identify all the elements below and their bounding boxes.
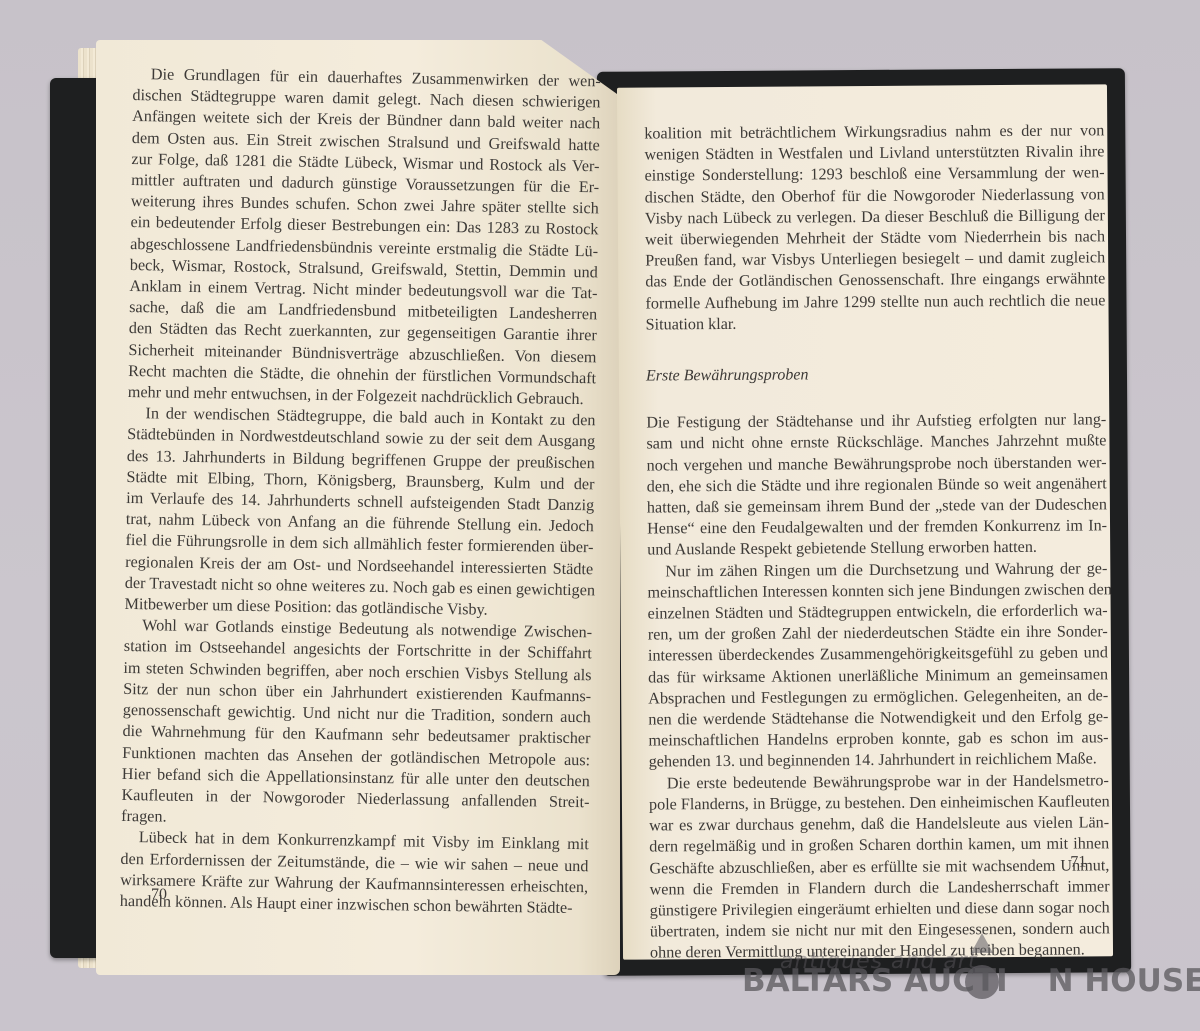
text-line: Die erste bedeutende Bewährungsprobe war… <box>649 770 1109 794</box>
text-line: Hense“ eine den Feudalgewalten und der f… <box>647 516 1107 540</box>
auction-house-watermark: antiques and art BALTARS AUCTIN HOUSE <box>720 955 1140 1015</box>
paragraph: Die Grundlagen für ein dauerhaftes Zusam… <box>128 64 601 411</box>
paragraph: Lübeck hat in dem Konkurrenzkampf mit Vi… <box>120 827 589 919</box>
text-line: dischen Städte, den Oberhof für die Nowg… <box>645 184 1105 208</box>
text-line: wenn die Fremden in Flandern durch die L… <box>649 876 1109 900</box>
right-page: koalition mit beträchtlichem Wirkungsrad… <box>617 84 1113 959</box>
page-number-left: 70 <box>151 886 167 904</box>
paragraph: Die Festigung der Städtehanse und ihr Au… <box>646 410 1107 562</box>
paragraph: In der wendischen Städtegruppe, die bald… <box>124 403 595 622</box>
paragraph: koalition mit beträchtlichem Wirkungsrad… <box>644 120 1105 335</box>
section-heading: Erste Bewährungsproben <box>646 362 1106 386</box>
right-page-text: koalition mit beträchtlichem Wirkungsrad… <box>644 120 1110 964</box>
text-line: Geschäfte abzuschließen, aber es erfüllt… <box>649 855 1109 879</box>
crown-icon <box>971 933 993 953</box>
right-page-text-before-heading: koalition mit beträchtlichem Wirkungsrad… <box>644 120 1105 335</box>
paragraph: Nur im zähen Ringen um die Durchsetzung … <box>647 558 1108 773</box>
text-line: formelle Aufhebung im Jahre 1299 stellte… <box>645 290 1105 314</box>
text-line: Situation klar. <box>646 311 1106 335</box>
watermark-brand: BALTARS AUCTIN HOUSE <box>742 963 1200 999</box>
text-line: gehenden 13. und beginnenden 14. Jahrhun… <box>649 749 1109 773</box>
text-line: Nur im zähen Ringen um die Durchsetzung … <box>647 558 1107 582</box>
text-line: interessen überdeckendes Zusammengehörig… <box>648 643 1108 667</box>
page-number-right: 71 <box>1070 853 1086 871</box>
text-line: das für wirksame Aktionen unerläßliche M… <box>648 664 1108 688</box>
paragraph: Die erste bedeutende Bewährungsprobe war… <box>649 770 1110 964</box>
text-line: noch vergehen und manche Bewährungsprobe… <box>647 452 1107 476</box>
left-page: Die Grundlagen für ein dauerhaftes Zusam… <box>96 40 620 975</box>
text-line: dern regelmäßig und in großen Scharen do… <box>649 834 1109 858</box>
left-page-text: Die Grundlagen für ein dauerhaftes Zusam… <box>120 64 601 919</box>
text-line: sam und nicht ohne ernste Rückschläge. M… <box>646 431 1106 455</box>
right-page-text-after-heading: Die Festigung der Städtehanse und ihr Au… <box>646 410 1110 964</box>
paragraph: Wohl war Gotlands einstige Bedeutung als… <box>121 615 592 834</box>
text-line: das Ende der Gotländischen Genossenschaf… <box>645 269 1105 293</box>
text-line: einstige Sonderstellung: 1293 beschloß e… <box>645 163 1105 187</box>
